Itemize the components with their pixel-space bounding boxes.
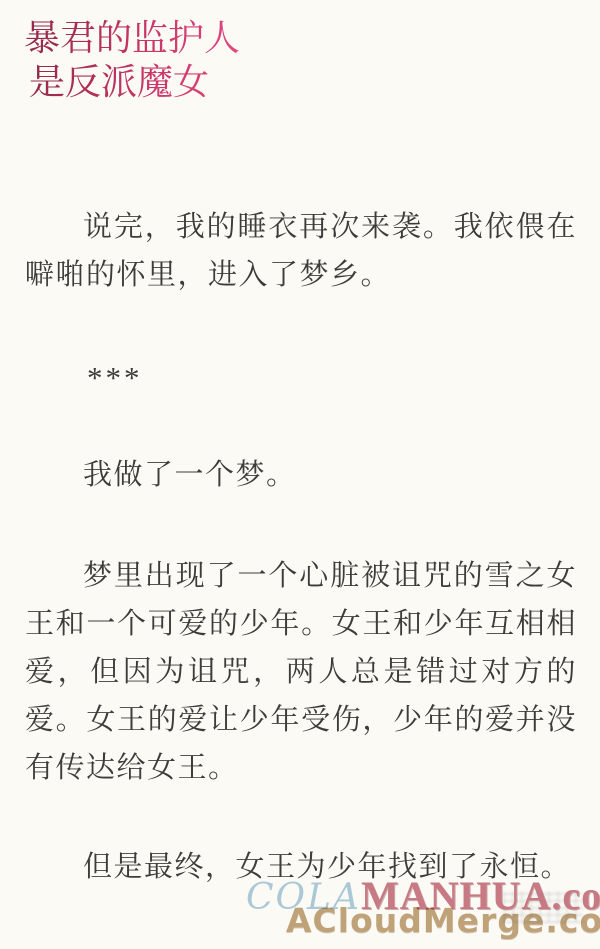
section-separator: ***: [25, 354, 577, 402]
novel-paragraph-2: 我做了一个梦。: [25, 451, 577, 499]
novel-paragraph-3: 梦里出现了一个心脏被诅咒的雪之女王和一个可爱的少年。女王和少年互相相爱，但因为诅…: [25, 552, 577, 792]
watermark-acloudmerge: ACloudMerge.com: [286, 901, 600, 940]
logo-title-line-2: 是反派魔女: [24, 60, 240, 104]
logo-title-line-1: 暴君的监护人: [24, 16, 240, 60]
site-logo: 暴君的监护人 是反派魔女: [24, 16, 240, 104]
novel-paragraph-1: 说完，我的睡衣再次来袭。我依偎在噼啪的怀里，进入了梦乡。: [25, 203, 577, 299]
novel-page: 暴君的监护人 是反派魔女 说完，我的睡衣再次来袭。我依偎在噼啪的怀里，进入了梦乡…: [0, 0, 600, 949]
